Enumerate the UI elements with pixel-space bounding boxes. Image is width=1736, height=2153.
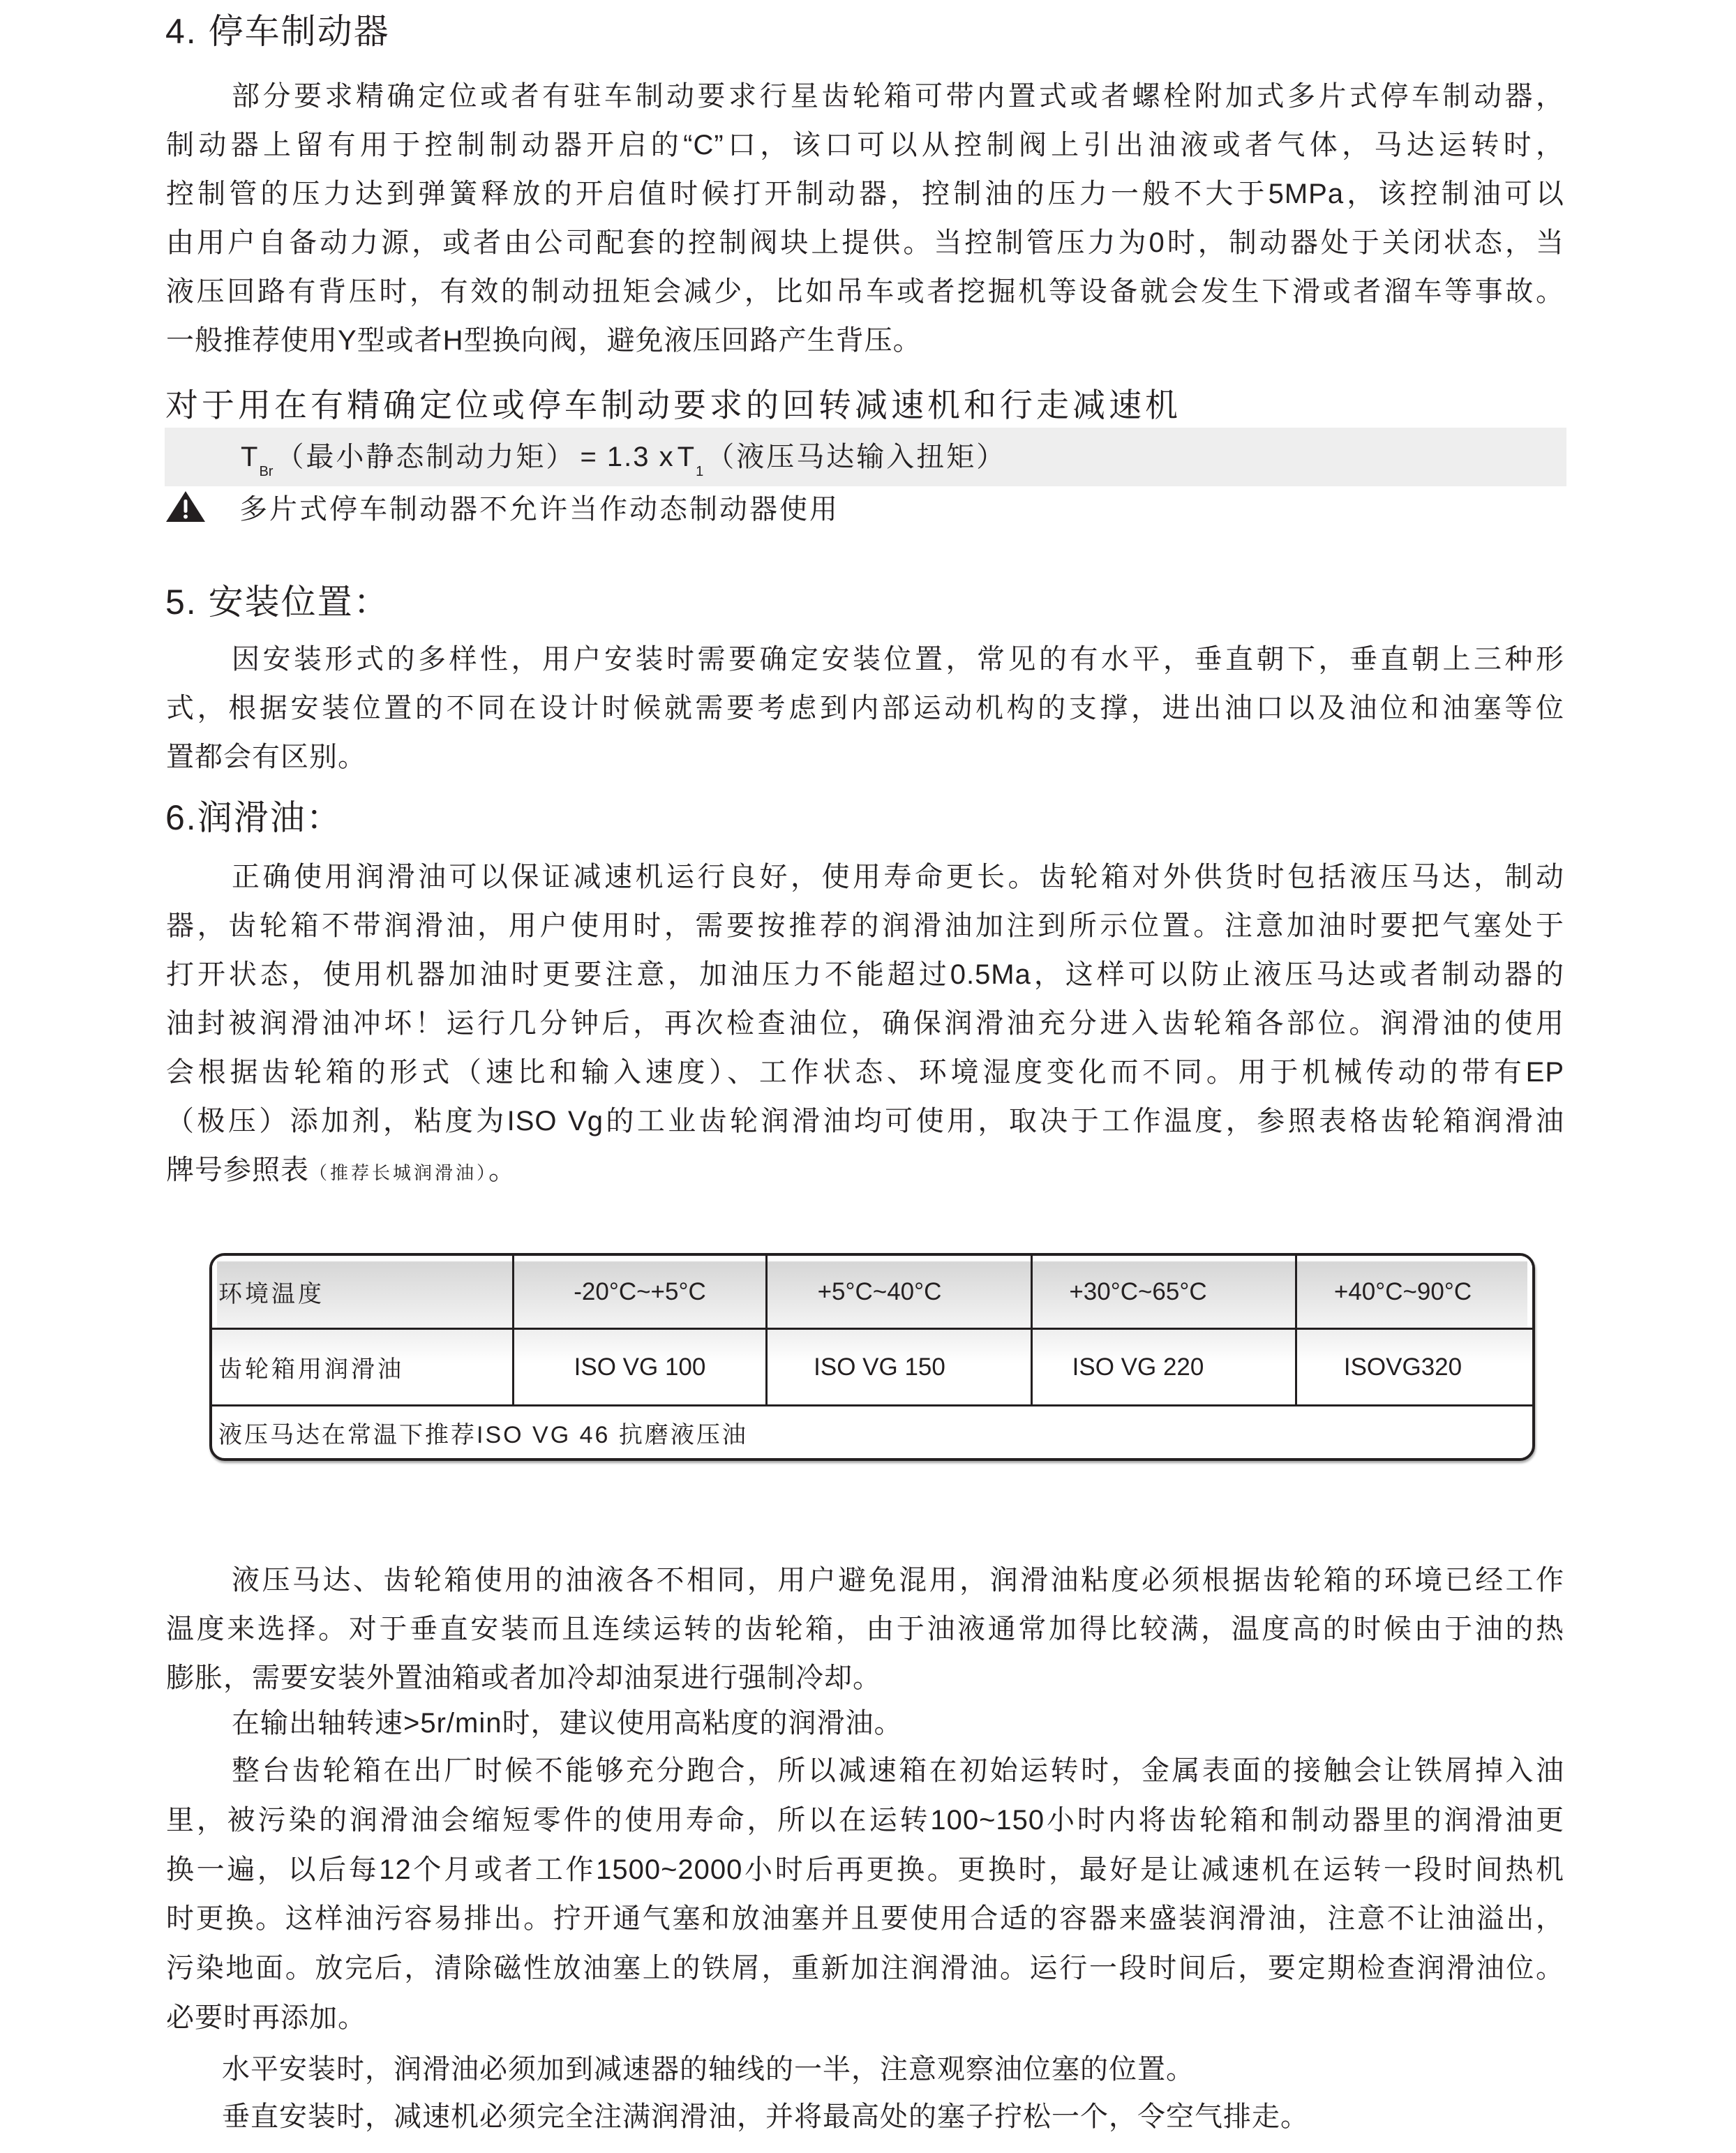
table-cell-oil-grade: ISO VG 150 [768, 1330, 1033, 1406]
paragraph-line: 污染地面。放完后，清除磁性放油塞上的铁屑，重新加注润滑油。运行一段时间后，要定期… [166, 1944, 1564, 1993]
paragraph-line: 里，被污染的润滑油会缩短零件的使用寿命，所以在运转100~150小时内将齿轮箱和… [166, 1796, 1564, 1845]
table-header-temperature: +5°C~40°C [768, 1256, 1033, 1330]
oil-change-paragraph: 整台齿轮箱在出厂时候不能够充分跑合，所以减速箱在初始运转时，金属表面的接触会让铁… [166, 1746, 1564, 2043]
table-reference-text: 牌号参照表 [166, 1155, 309, 1185]
paragraph-line: 整台齿轮箱在出厂时候不能够充分跑合，所以减速箱在初始运转时，金属表面的接触会让铁… [166, 1746, 1564, 1796]
paragraph-line: 换一遍，以后每12个月或者工作1500~2000小时后再更换。更换时，最好是让减… [166, 1845, 1564, 1895]
paragraph-line: 温度来选择。对于垂直安装而且连续运转的齿轮箱，由于油液通常加得比较满，温度高的时… [166, 1605, 1564, 1653]
paragraph-line: 由用户自备动力源，或者由公司配套的控制阀块上提供。当控制管压力为0时，制动器处于… [166, 218, 1564, 267]
paragraph-line: 必要时再添加。 [166, 1993, 1564, 2043]
paragraph-line: 控制管的压力达到弹簧释放的开启值时候打开制动器，控制油的压力一般不大于5MPa，… [166, 170, 1564, 218]
recommended-brand-note: （推荐长城润滑油） [309, 1162, 488, 1183]
formula-box: TBr（最小静态制动力矩）= 1.3 xT1（液压马达输入扭矩） [165, 428, 1566, 486]
formula-lhs-description: （最小静态制动力矩） [276, 442, 576, 472]
paragraph-line: 因安装形式的多样性，用户安装时需要确定安装位置，常见的有水平，垂直朝下，垂直朝上… [166, 635, 1564, 684]
table-header-temperature: +40°C~90°C [1297, 1256, 1532, 1330]
paragraph-line: 牌号参照表（推荐长城润滑油）。 [166, 1146, 1564, 1194]
paragraph-line: 膨胀，需要安装外置油箱或者加冷却油泵进行强制冷却。 [166, 1653, 1564, 1702]
viscosity-note: 在输出轴转速>5r/min时，建议使用高粘度的润滑油。 [166, 1699, 1564, 1748]
warning-text: 多片式停车制动器不允许当作动态制动器使用 [239, 485, 839, 534]
formula-lhs-subscript: Br [259, 464, 273, 479]
paragraph-line: 部分要求精确定位或者有驻车制动要求行星齿轮箱可带内置式或者螺栓附加式多片式停车制… [166, 72, 1564, 121]
paragraph-line: 器，齿轮箱不带润滑油，用户使用时，需要按推荐的润滑油加注到所示位置。注意加油时要… [166, 901, 1564, 950]
paragraph-line: 时更换。这样油污容易排出。拧开通气塞和放油塞并且要使用合适的容器来盛装润滑油，注… [166, 1894, 1564, 1944]
section-5-paragraph: 因安装形式的多样性，用户安装时需要确定安装位置，常见的有水平，垂直朝下，垂直朝上… [166, 635, 1564, 781]
oil-mixing-paragraph: 液压马达、齿轮箱使用的油液各不相同，用户避免混用，润滑油粘度必须根据齿轮箱的环境… [166, 1556, 1564, 1702]
formula-lhs-symbol: T [241, 442, 257, 472]
section-4-paragraph: 部分要求精确定位或者有驻车制动要求行星齿轮箱可带内置式或者螺栓附加式多片式停车制… [166, 72, 1564, 365]
paragraph-line: 垂直安装时，减速机必须完全注满润滑油，并将最高处的塞子拧松一个，令空气排走。 [166, 2092, 1564, 2141]
paragraph-line: 油封被润滑油冲坏！运行几分钟后，再次检查油位，确保润滑油充分进入齿轮箱各部位。润… [166, 999, 1564, 1048]
table-cell-oil-grade: ISO VG 100 [514, 1330, 768, 1406]
table-footnote-row: 液压马达在常温下推荐ISO VG 46 抗磨液压油 [212, 1406, 1532, 1458]
vertical-mounting-note: 垂直安装时，减速机必须完全注满润滑油，并将最高处的塞子拧松一个，令空气排走。 [166, 2092, 1564, 2141]
paragraph-line: 一般推荐使用Y型或者H型换向阀，避免液压回路产生背压。 [166, 316, 1564, 365]
formula-rhs-description: （液压马达输入扭矩） [706, 442, 1006, 472]
lubricant-table: 环境温度 -20°C~+5°C +5°C~40°C +30°C~65°C +40… [209, 1253, 1535, 1461]
table-header-label: 环境温度 [212, 1256, 514, 1330]
formula-rhs-subscript: 1 [696, 464, 703, 479]
paragraph-line: 水平安装时，润滑油必须加到减速器的轴线的一半，注意观察油位塞的位置。 [166, 2045, 1564, 2094]
table-cell-oil-grade: ISO VG 220 [1033, 1330, 1297, 1406]
paragraph-line: 液压回路有背压时，有效的制动扭矩会减少，比如吊车或者挖掘机等设备就会发生下滑或者… [166, 267, 1564, 316]
paragraph-line: 在输出轴转速>5r/min时，建议使用高粘度的润滑油。 [166, 1699, 1564, 1748]
paragraph-line: （极压）添加剂，粘度为ISO Vg的工业齿轮润滑油均可使用，取决于工作温度，参照… [166, 1097, 1564, 1146]
table-cell-oil-grade: ISOVG320 [1297, 1330, 1532, 1406]
section-4-heading: 4. 停车制动器 [165, 7, 390, 56]
paragraph-line: 置都会有区别。 [166, 733, 1564, 781]
table-header-temperature: +30°C~65°C [1033, 1256, 1297, 1330]
paragraph-line: 正确使用润滑油可以保证减速机运行良好，使用寿命更长。齿轮箱对外供货时包括液压马达… [166, 853, 1564, 901]
table-header-temperature: -20°C~+5°C [514, 1256, 768, 1330]
paragraph-line: 液压马达、齿轮箱使用的油液各不相同，用户避免混用，润滑油粘度必须根据齿轮箱的环境… [166, 1556, 1564, 1605]
warning-triangle-icon [166, 491, 205, 522]
application-title: 对于用在有精确定位或停车制动要求的回转减速机和行走减速机 [165, 381, 1181, 430]
section-5-heading: 5. 安装位置： [165, 578, 390, 627]
horizontal-mounting-note: 水平安装时，润滑油必须加到减速器的轴线的一半，注意观察油位塞的位置。 [166, 2045, 1564, 2094]
brake-torque-formula: TBr（最小静态制动力矩）= 1.3 xT1（液压马达输入扭矩） [241, 428, 1006, 486]
formula-rhs-symbol: T [678, 442, 694, 472]
section-6-heading: 6.润滑油： [165, 793, 343, 842]
paragraph-line: 制动器上留有用于控制制动器开启的“C”口，该口可以从控制阀上引出油液或者气体，马… [166, 121, 1564, 170]
section-6-paragraph: 正确使用润滑油可以保证减速机运行良好，使用寿命更长。齿轮箱对外供货时包括液压马达… [166, 853, 1564, 1194]
formula-operator: = 1.3 x [580, 442, 674, 472]
table-row-label: 齿轮箱用润滑油 [212, 1330, 514, 1406]
paragraph-line: 打开状态，使用机器加油时更要注意，加油压力不能超过0.5Ma，这样可以防止液压马… [166, 950, 1564, 999]
paragraph-line: 式，根据安装位置的不同在设计时候就需要考虑到内部运动机构的支撑，进出油口以及油位… [166, 684, 1564, 733]
paragraph-line: 会根据齿轮箱的形式（速比和输入速度）、工作状态、环境湿度变化而不同。用于机械传动… [166, 1048, 1564, 1097]
sentence-end: 。 [488, 1155, 517, 1185]
